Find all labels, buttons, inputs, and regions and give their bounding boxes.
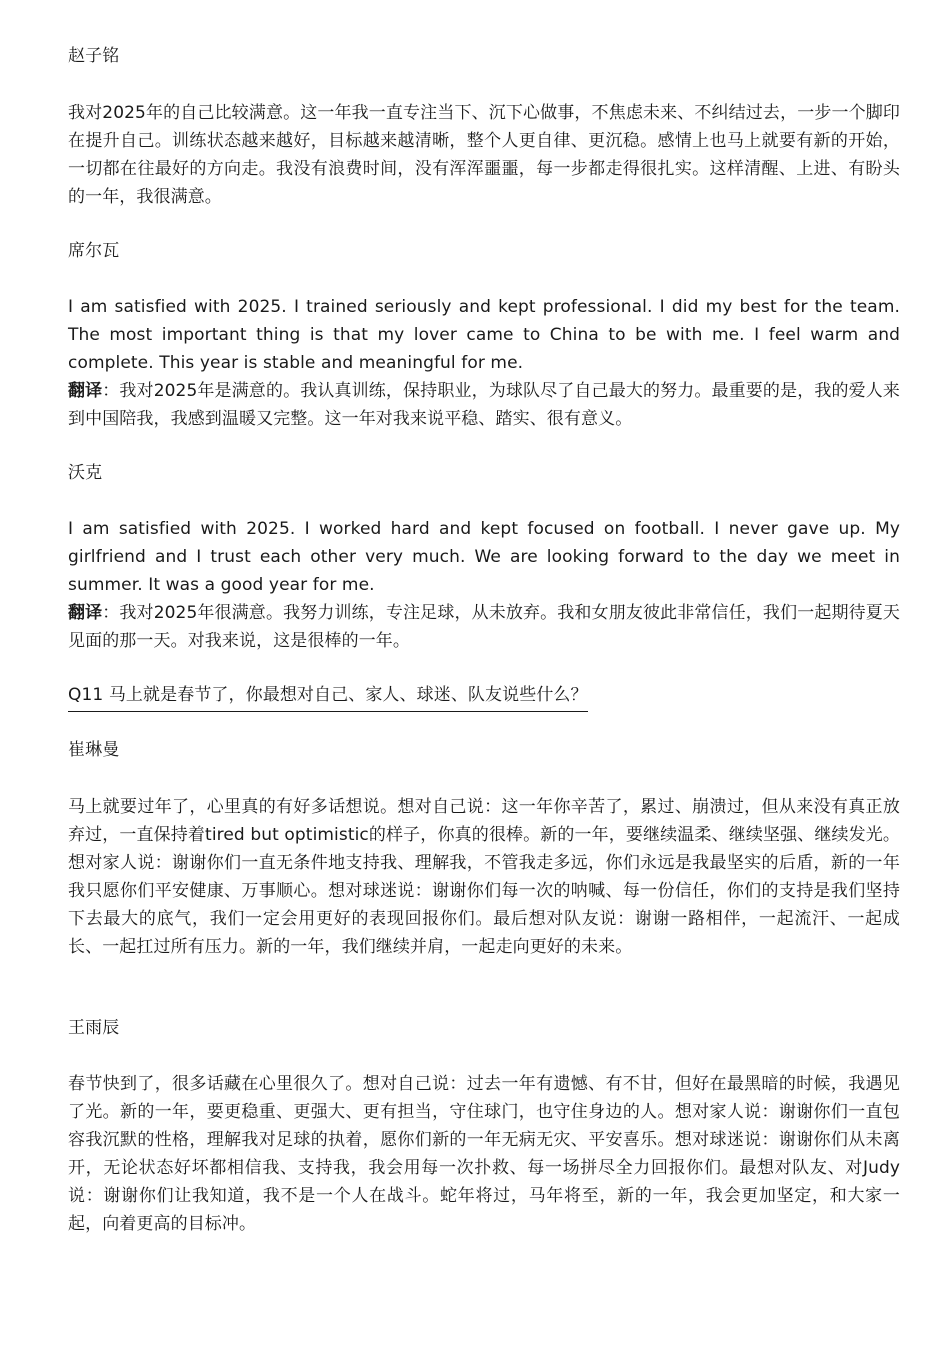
answer-translation: 翻译：我对2025年很满意。我努力训练，专注足球，从未放弃。我和女朋友彼此非常信… [68, 599, 900, 655]
speaker-name: 赵子铭 [68, 42, 900, 70]
translation-label: 翻译 [68, 603, 102, 623]
answer-translation: 翻译：我对2025年是满意的。我认真训练，保持职业，为球队尽了自己最大的努力。最… [68, 377, 900, 433]
answer-english: I am satisfied with 2025. I worked hard … [68, 515, 900, 599]
answer-paragraph: 春节快到了，很多话藏在心里很久了。想对自己说：过去一年有遗憾、有不甘，但好在最黑… [68, 1070, 900, 1238]
question-heading: Q11 马上就是春节了，你最想对自己、家人、球迷、队友说些什么？ [68, 681, 900, 712]
translation-text: ：我对2025年是满意的。我认真训练，保持职业，为球队尽了自己最大的努力。最重要… [68, 381, 900, 429]
speaker-name: 崔琳曼 [68, 736, 900, 764]
speaker-name: 沃克 [68, 459, 900, 487]
translation-text: ：我对2025年很满意。我努力训练，专注足球，从未放弃。我和女朋友彼此非常信任，… [68, 603, 900, 651]
answer-paragraph: 马上就要过年了，心里真的有好多话想说。想对自己说：这一年你辛苦了，累过、崩溃过，… [68, 793, 900, 961]
speaker-name: 王雨辰 [68, 1014, 900, 1042]
answer-paragraph: 我对2025年的自己比较满意。这一年我一直专注当下、沉下心做事，不焦虑未来、不纠… [68, 99, 900, 211]
speaker-name: 席尔瓦 [68, 237, 900, 265]
answer-english: I am satisfied with 2025. I trained seri… [68, 293, 900, 377]
question-text: Q11 马上就是春节了，你最想对自己、家人、球迷、队友说些什么？ [68, 681, 588, 712]
translation-label: 翻译 [68, 381, 102, 401]
